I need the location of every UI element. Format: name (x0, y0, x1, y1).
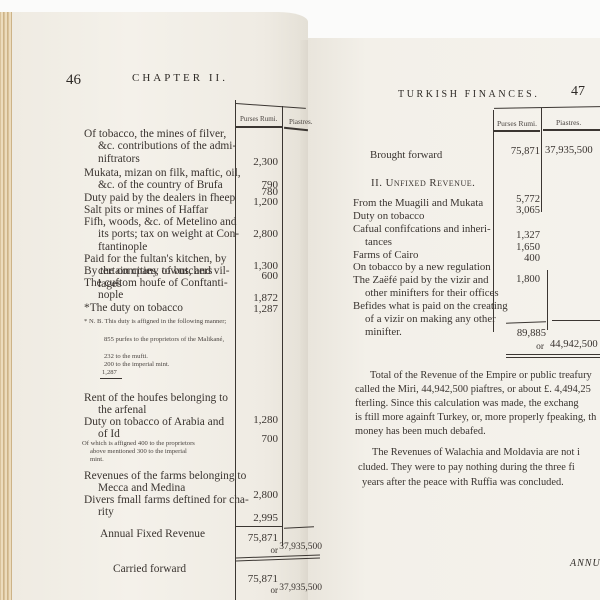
right-entry-6: Befides what is paid on the creating of … (353, 300, 508, 339)
right-page-number: 47 (571, 84, 585, 100)
walachia-paragraph-line-0: The Revenues of Walachia and Moldavia ar… (372, 446, 580, 461)
left-page-number: 46 (66, 72, 81, 89)
arabia-note: Of which is affigned 400 to the propriet… (82, 440, 232, 464)
right-total-double-rule-1 (506, 354, 600, 355)
right-col-header-purses: Purses Rumi. (497, 119, 537, 128)
brought-forward-purses: 75,871 (496, 146, 540, 157)
left-entry-charity: Divers fmall farms deftined for cha- rit… (84, 494, 249, 519)
brought-forward-piastres: 37,935,500 (545, 145, 600, 156)
right-table-rule-3 (547, 270, 548, 330)
right-amount-3: 1,650 (496, 242, 540, 253)
walachia-paragraph-line-1: cluded. They were to pay nothing during … (358, 461, 575, 476)
right-entry-5: The Zaëfé paid by the vizir and other mi… (353, 274, 499, 300)
right-total-double-rule-2 (506, 357, 600, 358)
left-entry-0: Of tobacco, the mines of filver, &c. con… (84, 128, 236, 165)
right-total-or-label: or (530, 342, 544, 352)
left-entry-3: Salt pits or mines of Haffar (84, 204, 208, 216)
right-total-purses: 89,885 (496, 328, 546, 339)
annual-fixed-revenue-label: Annual Fixed Revenue (100, 528, 205, 540)
tobacco-note-intro: * N. B. This duty is affigned in the fol… (84, 318, 234, 326)
revenue-paragraph-line-1: called the Miri, 44,942,500 piaftres, or… (355, 383, 591, 398)
left-col-header-piastres: Piastres. (289, 118, 313, 126)
revenue-paragraph-line-4: money has been much debafed. (355, 425, 486, 440)
left-amount-arabia: 1,280 (234, 414, 278, 426)
open-book-spread: 46 CHAPTER II. Purses Rumi. Piastres. Of… (0, 0, 600, 600)
left-entry-8: *The duty on tobacco (84, 302, 183, 314)
left-entry-4: Fifh, woods, &c. of Metelino and its por… (84, 216, 239, 253)
right-amount-1: 3,065 (496, 205, 540, 216)
left-amount-charity: 2,800 (234, 489, 278, 501)
tobacco-note-item-0: 855 purfes to the proprietors of the Mal… (104, 336, 234, 344)
walachia-paragraph-line-2: years after the peace with Ruffia was co… (362, 476, 564, 491)
carried-forward-label: Carried forward (113, 563, 186, 575)
revenue-paragraph-line-3: is ftill more againft Turkey, or, more p… (355, 411, 596, 426)
left-entry-6: By the company of butchers (84, 265, 212, 277)
tobacco-note-rule (100, 378, 122, 379)
left-col-header-purses: Purses Rumi. (240, 115, 277, 123)
left-amount-8: 1,287 (234, 303, 278, 315)
left-amount-4: 2,800 (234, 228, 278, 240)
right-amount-0: 5,772 (496, 194, 540, 205)
catchword: ANNU (570, 558, 600, 569)
left-amount-6: 600 (234, 270, 278, 282)
right-amount-2: 1,327 (496, 230, 540, 241)
right-total-piastres: 44,942,500 (550, 339, 600, 350)
left-header-rule-1 (236, 126, 282, 128)
right-header-rule-1 (494, 130, 540, 132)
right-col-header-piastres: Piastres. (556, 118, 581, 127)
left-entry-7: The cuftom houfe of Conftanti- nople (84, 277, 228, 302)
tobacco-note-total: 1,287 (102, 369, 117, 377)
tobacco-note-item-1: 232 to the mufti. (104, 353, 148, 361)
revenue-paragraph-line-0: Total of the Revenue of the Empire or pu… (370, 369, 592, 384)
right-entry-2: Cafual confifcations and inheri- tances (353, 223, 491, 249)
right-total-rule-2 (552, 320, 600, 321)
right-entry-1: Duty on tobacco (353, 210, 424, 223)
right-table-rule-2 (541, 108, 542, 212)
left-amount-last: 2,995 (234, 512, 278, 524)
annual-sum-rule (236, 526, 282, 527)
left-running-head: CHAPTER II. (132, 72, 228, 84)
section-title-unfixed-revenue: II. Unfixed Revenue. (371, 177, 475, 190)
left-amount-note: 700 (234, 433, 278, 445)
left-table-rule-2 (282, 106, 283, 546)
left-entry-rent: Rent of the houfes belonging to the arfe… (84, 392, 228, 417)
left-entry-1: Mukata, mizan on filk, maftic, oil, &c. … (84, 167, 241, 192)
right-amount-5: 1,800 (496, 274, 540, 285)
annual-fixed-revenue-piastres: 37,935,500 (272, 542, 322, 552)
brought-forward-label: Brought forward (370, 149, 442, 162)
carried-forward-piastres: 37,935,500 (272, 583, 322, 593)
left-amount-3: 1,200 (234, 196, 278, 208)
left-entry-arabia: Duty on tobacco of Arabia and of Id (84, 416, 224, 441)
right-entry-0: From the Muagili and Mukata (353, 197, 483, 210)
right-header-rule-2 (543, 129, 600, 131)
right-entry-4: On tobacco by a new regulation (353, 261, 491, 274)
tobacco-note-item-2: 200 to the imperial mint. (104, 361, 169, 369)
revenue-paragraph-line-2: fterling. Since this calculation was mad… (355, 397, 579, 412)
right-running-head: TURKISH FINANCES. (398, 89, 539, 100)
right-amount-4: 400 (496, 253, 540, 264)
left-entry-2: Duty paid by the dealers in fheep (84, 192, 235, 204)
left-entry-mecca: Revenues of the farms belonging to Mecca… (84, 470, 246, 495)
